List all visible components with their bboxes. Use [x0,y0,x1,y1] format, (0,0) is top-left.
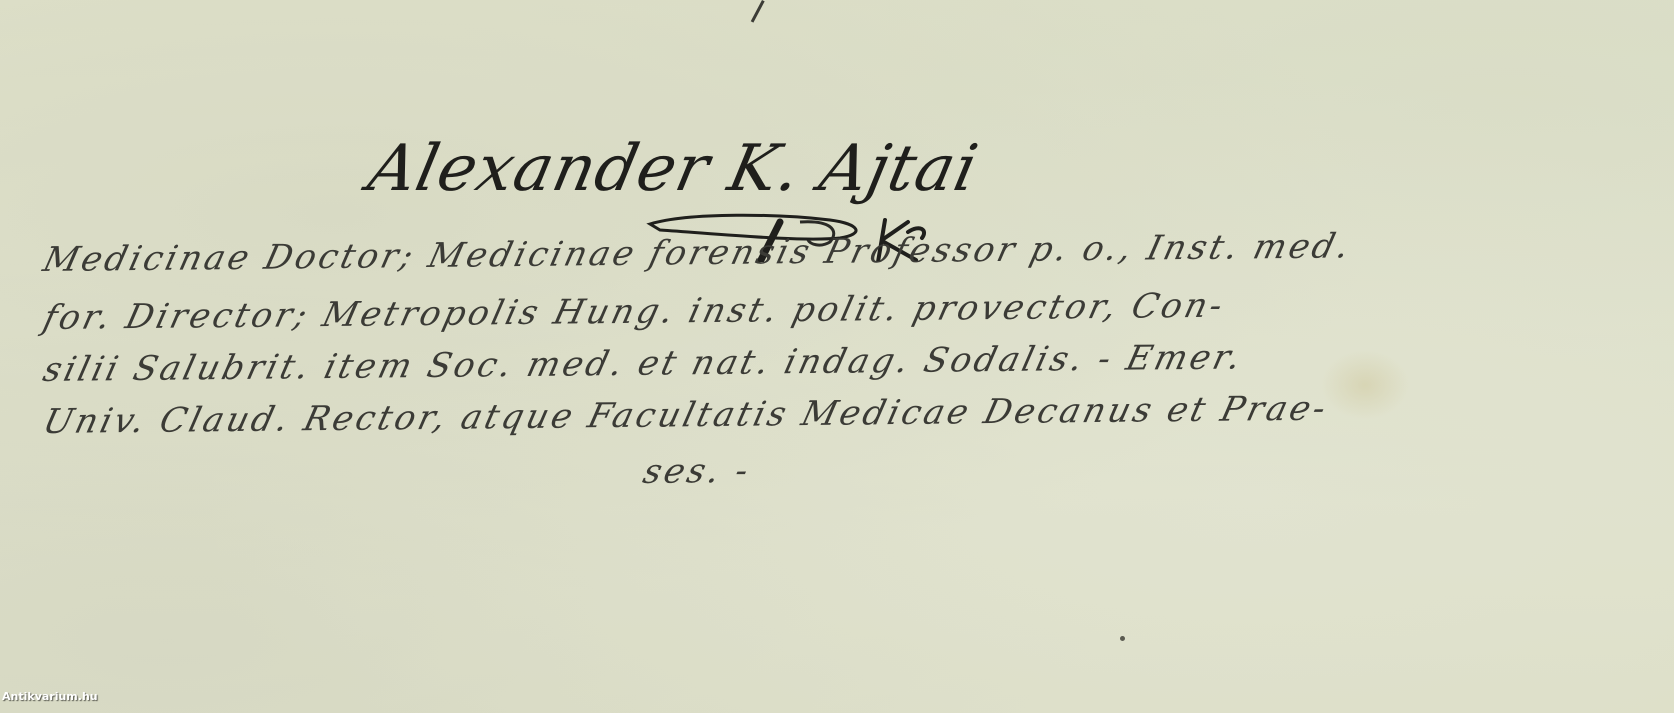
ink-speck [1120,636,1125,641]
paper-stain [1320,350,1410,420]
title-line-5: ses. - [639,451,755,492]
watermark: Antikvarium.hu [2,690,98,703]
